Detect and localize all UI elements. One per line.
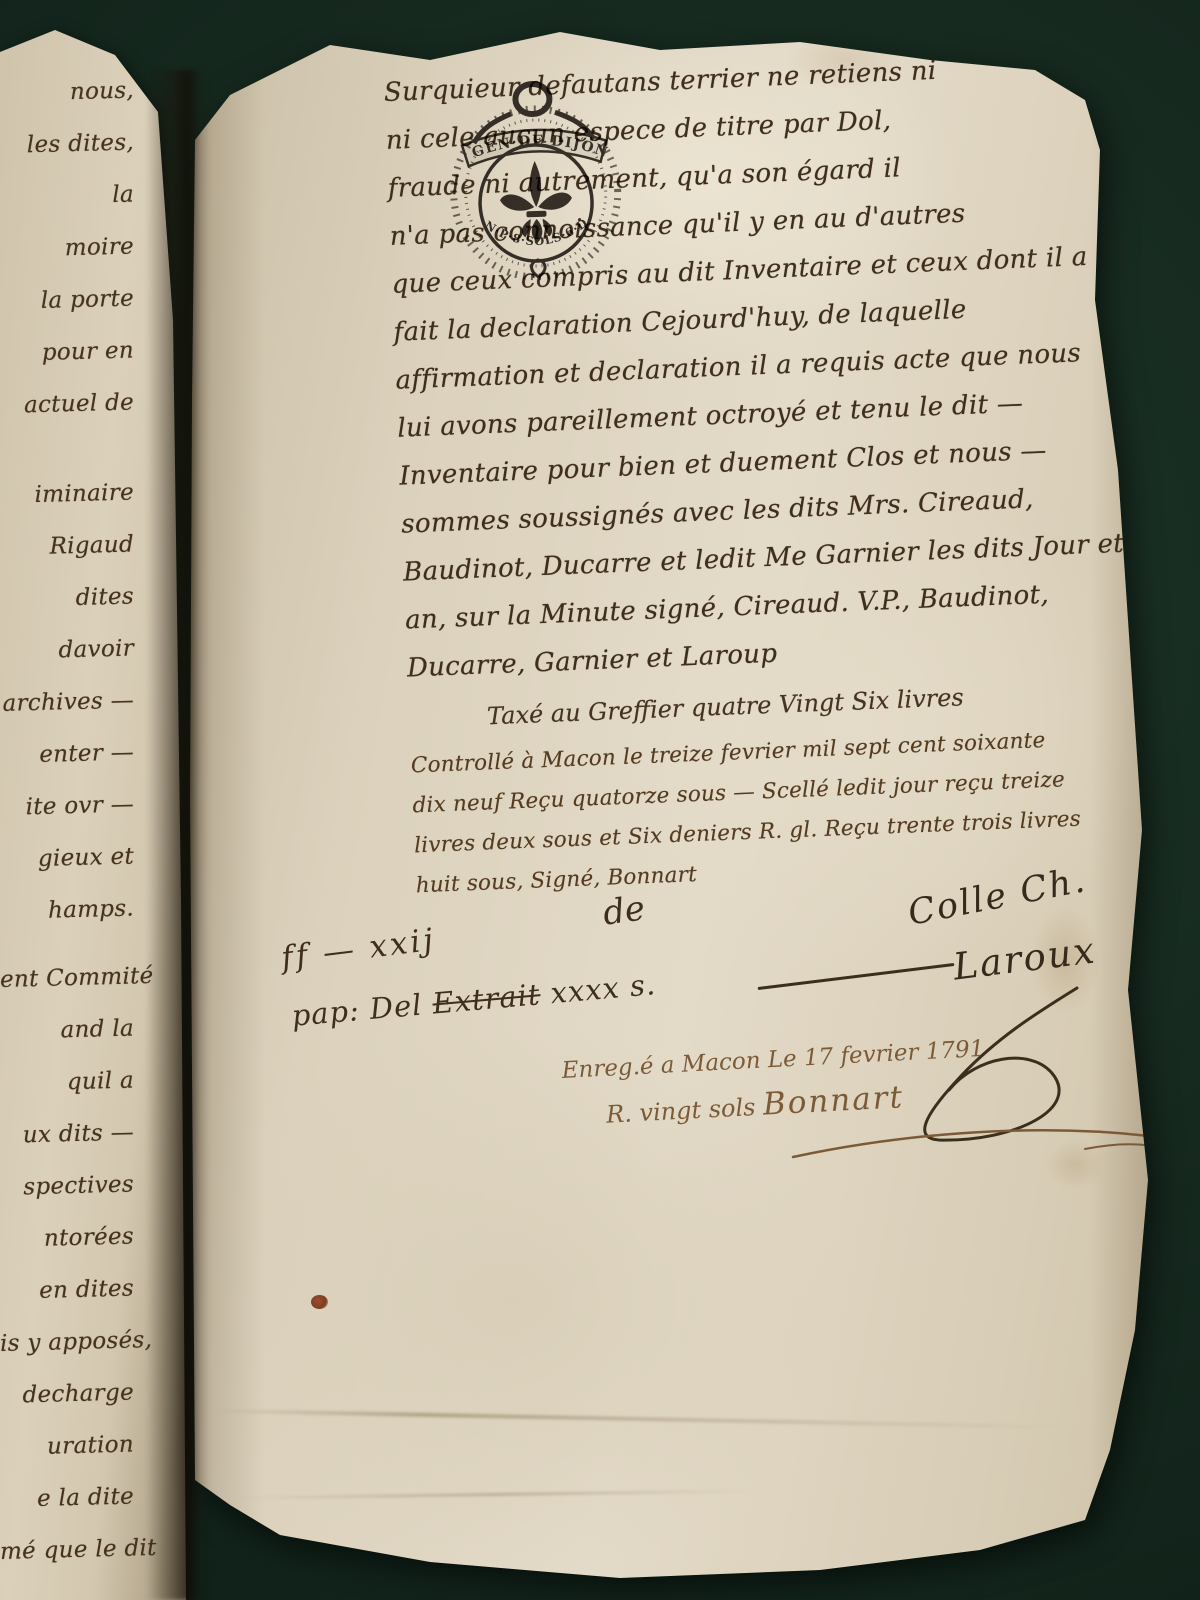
left-page-line-fragment: nous, [0,64,151,120]
left-page-line-fragment: iminaire [0,466,151,522]
left-page-line-fragment: uration [0,1418,151,1474]
left-page-line-fragment: Rigaud [0,518,151,574]
left-page-line-fragment: en dites [0,1262,151,1318]
left-page-line-fragment: e la dite [0,1470,151,1526]
tax-stamp: GÉN·DE DIJON N·P·8·SOLS·6·D [431,62,638,284]
paper-note-suffix: xxxx s. [549,967,657,1010]
struck-word: Extrait [431,977,542,1020]
left-page-line-fragment: pour en [0,324,151,380]
left-page-line-fragment: decharge [0,1366,151,1422]
left-page-line-fragment: gieux et [0,830,151,886]
left-page-line-fragment: enter — [0,726,151,782]
paper-note: pap: Del Extrait xxxx s. [290,967,657,1033]
signature-flourish-icon [785,1115,1185,1175]
left-page-fragments: nous,les dites,lamoirela portepour enact… [0,66,150,1576]
page-gutter-shadow [146,70,210,1600]
manuscript-photo: nous,les dites,lamoirela portepour enact… [0,0,1200,1600]
left-page-line-fragment: is y apposés, [0,1314,151,1370]
folio-note: ff — xxij [279,922,437,977]
left-page-line-fragment: and la [0,1002,151,1058]
paper-crease [210,1409,1070,1430]
right-page: Surquieur defautans terrier ne retiens n… [165,25,1150,1580]
left-page-line-fragment: quil a [0,1054,151,1110]
left-page-line-fragment: moire [0,220,151,276]
left-page-line-fragment: les dites, [0,116,151,172]
left-page-line-fragment: la porte [0,272,151,328]
left-page-line-fragment: archives — [0,674,151,730]
left-page-line-fragment: la [0,168,151,224]
ink-spot [311,1295,328,1309]
left-page-line-fragment: dites [0,570,151,626]
left-page-line-fragment: ntorées [0,1210,151,1266]
left-page-line-fragment: hamps. [0,882,151,938]
left-page-line-fragment: ite ovr — [0,778,151,834]
left-page-line-fragment: mé que le dit [0,1522,151,1578]
left-page-line-fragment: actuel de [0,376,151,432]
registration-fee: R. vingt sols [605,1093,756,1129]
paper-note-prefix: pap: Del [290,988,424,1033]
left-page-line-fragment: spectives [0,1158,151,1214]
left-page-line-fragment: ent Commité [0,950,151,1006]
left-page-line-fragment: ux dits — [0,1106,151,1162]
right-page-wrap: Surquieur defautans terrier ne retiens n… [165,25,1155,1585]
left-page-line-fragment: davoir [0,622,151,678]
paper-crease [235,1489,755,1499]
controle-block: Controllé à Macon le treize fevrier mil … [410,717,1158,907]
